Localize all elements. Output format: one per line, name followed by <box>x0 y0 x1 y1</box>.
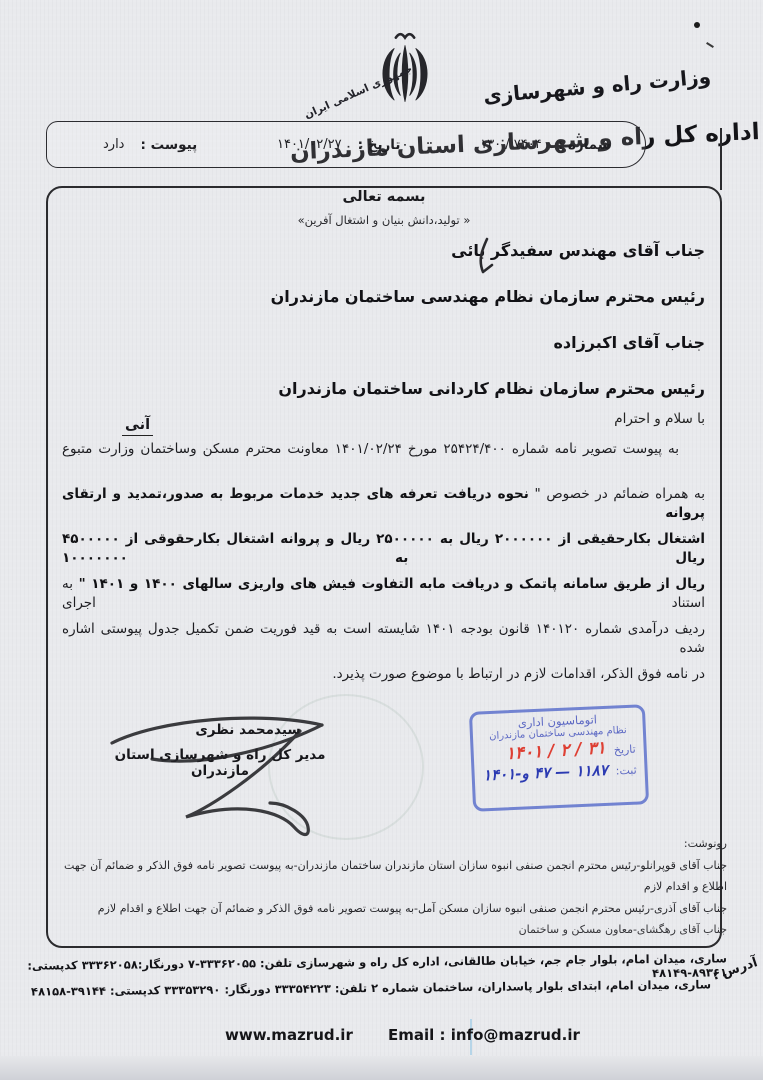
pen-tick-mark <box>468 236 496 280</box>
copies-section: رونوشت: جناب آقای قوپرانلو-رئیس محترم ان… <box>37 833 727 941</box>
ministry-title: وزارت راه و شهرسازی <box>482 64 711 108</box>
body-paragraph: به پیوست تصویر نامه شماره ۲۵۴۲۴/۴۰۰ مورخ… <box>62 440 705 710</box>
date-value: ۱۴۰۱/۰۲/۲۷ <box>277 137 342 152</box>
stamp-reg-value: ۱۱۸۷ — ۴۷ و-۱۴۰۱ <box>483 761 608 784</box>
stamp-reg-label: ثبت: <box>615 764 636 778</box>
scanned-letter-page: { "header": { "republic_label": "جمهوری … <box>0 0 763 1080</box>
attachment-value: دارد <box>103 137 124 152</box>
urgency-note: آنی <box>122 417 153 436</box>
number-label: شماره : <box>558 137 611 153</box>
body-line: به همراه ضمائم در خصوص " نحوه دریافت تعر… <box>62 485 705 505</box>
stamp-date-value: ۳۱ / ۲ / ۱۴۰۱ <box>505 738 606 764</box>
signature-scrawl <box>90 695 350 855</box>
meta-date: تاریخ : ۱۴۰۱/۰۲/۲۷ <box>277 137 400 153</box>
body-line: در نامه فوق الذکر، اقدامات لازم در ارتبا… <box>62 665 705 685</box>
email-address: Email : info@mazrud.ir <box>388 1026 580 1044</box>
document-meta-bar: شماره : ⁦۱۳۰ / ۷۴۰۴⁩ تاریخ : ۱۴۰۱/۰۲/۲۷ … <box>46 121 646 168</box>
number-value: ⁦۱۳۰ / ۷۴۰۴⁩ <box>480 137 542 152</box>
besmeleh: بسمه تعالی <box>46 189 722 205</box>
body-line: به پیوست تصویر نامه شماره ۲۵۴۲۴/۴۰۰ مورخ… <box>62 440 705 460</box>
copy-item: جناب آقای آذری-رئیس محترم انجمن صنفی انب… <box>37 898 727 920</box>
meta-number: شماره : ⁦۱۳۰ / ۷۴۰۴⁩ <box>480 137 611 153</box>
body-line: اشتغال بکارحقیقی از ۲۰۰۰۰۰۰ ریال به ۲۵۰۰… <box>62 530 705 550</box>
body-line: ردیف درآمدی شماره ۱۴۰۱۲۰ قانون بودجه ۱۴۰… <box>62 620 705 640</box>
salutation: با سلام و احترام <box>614 411 705 427</box>
attachment-label: پیوست : <box>140 137 197 153</box>
year-slogan: « تولید،دانش بنیان و اشتغال آفرین» <box>46 213 722 227</box>
website-url: www.mazrud.ir <box>225 1026 353 1044</box>
body-line: ریال از طریق سامانه پاتمک و دریافت مابه … <box>62 575 705 595</box>
copy-item: جناب آقای رهگشای-معاون مسکن و ساختمان <box>37 919 727 941</box>
scan-artifact-dash <box>706 42 714 48</box>
letter-frame-right-edge <box>720 128 722 190</box>
recipient-title-2: رئیس محترم سازمان نظام کاردانی ساختمان م… <box>278 379 705 398</box>
date-label: تاریخ : <box>358 137 401 153</box>
scan-artifact-dot <box>694 22 700 28</box>
scan-bottom-shade <box>0 1056 763 1080</box>
recipient-name-2: جناب آقای اکبرزاده <box>553 333 705 352</box>
copy-item: جناب آقای قوپرانلو-رئیس محترم انجمن صنفی… <box>37 855 727 898</box>
stamp-date-label: تاریخ <box>614 743 636 757</box>
copies-label: رونوشت: <box>37 833 727 855</box>
recipient-title-1: رئیس محترم سازمان نظام مهندسی ساختمان ما… <box>271 287 705 306</box>
meta-attachment: پیوست : دارد <box>103 137 197 153</box>
registration-stamp: اتوماسیون اداری نظام مهندسی ساختمان مازن… <box>469 704 649 812</box>
